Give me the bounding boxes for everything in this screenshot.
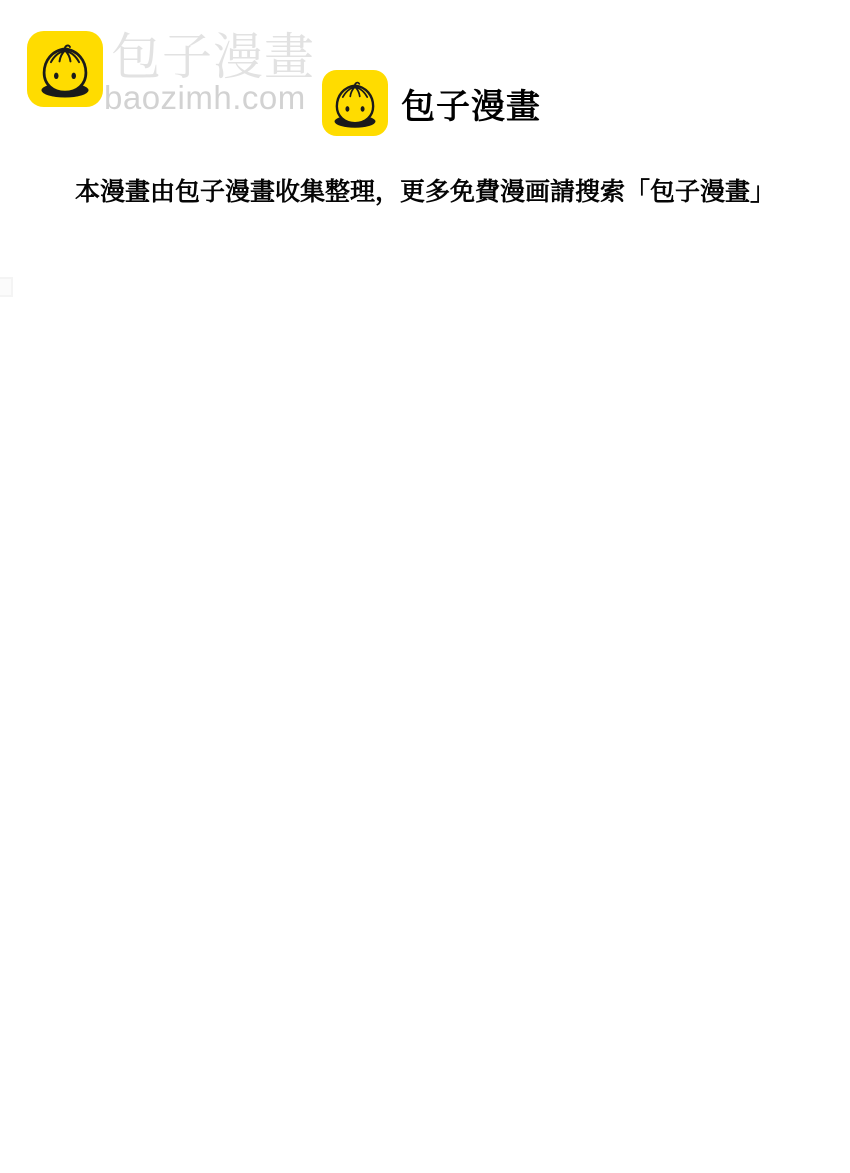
brand-title: 包子漫畫 <box>401 79 541 128</box>
baozi-bun-icon <box>322 70 388 136</box>
collection-notice-text: 本漫畫由包子漫畫收集整理，更多免費漫画請搜索「包子漫畫」 <box>0 172 850 208</box>
corner-watermark-title: 包子漫畫 <box>104 31 315 83</box>
corner-watermark-domain: baozimh.com <box>104 83 315 113</box>
corner-watermark-text: 包子漫畫 baozimh.com <box>104 31 315 113</box>
corner-watermark: 包子漫畫 baozimh.com <box>27 31 315 113</box>
brand-header: 包子漫畫 <box>322 70 541 136</box>
baozi-bun-icon <box>27 31 103 107</box>
edge-artifact <box>0 277 13 297</box>
